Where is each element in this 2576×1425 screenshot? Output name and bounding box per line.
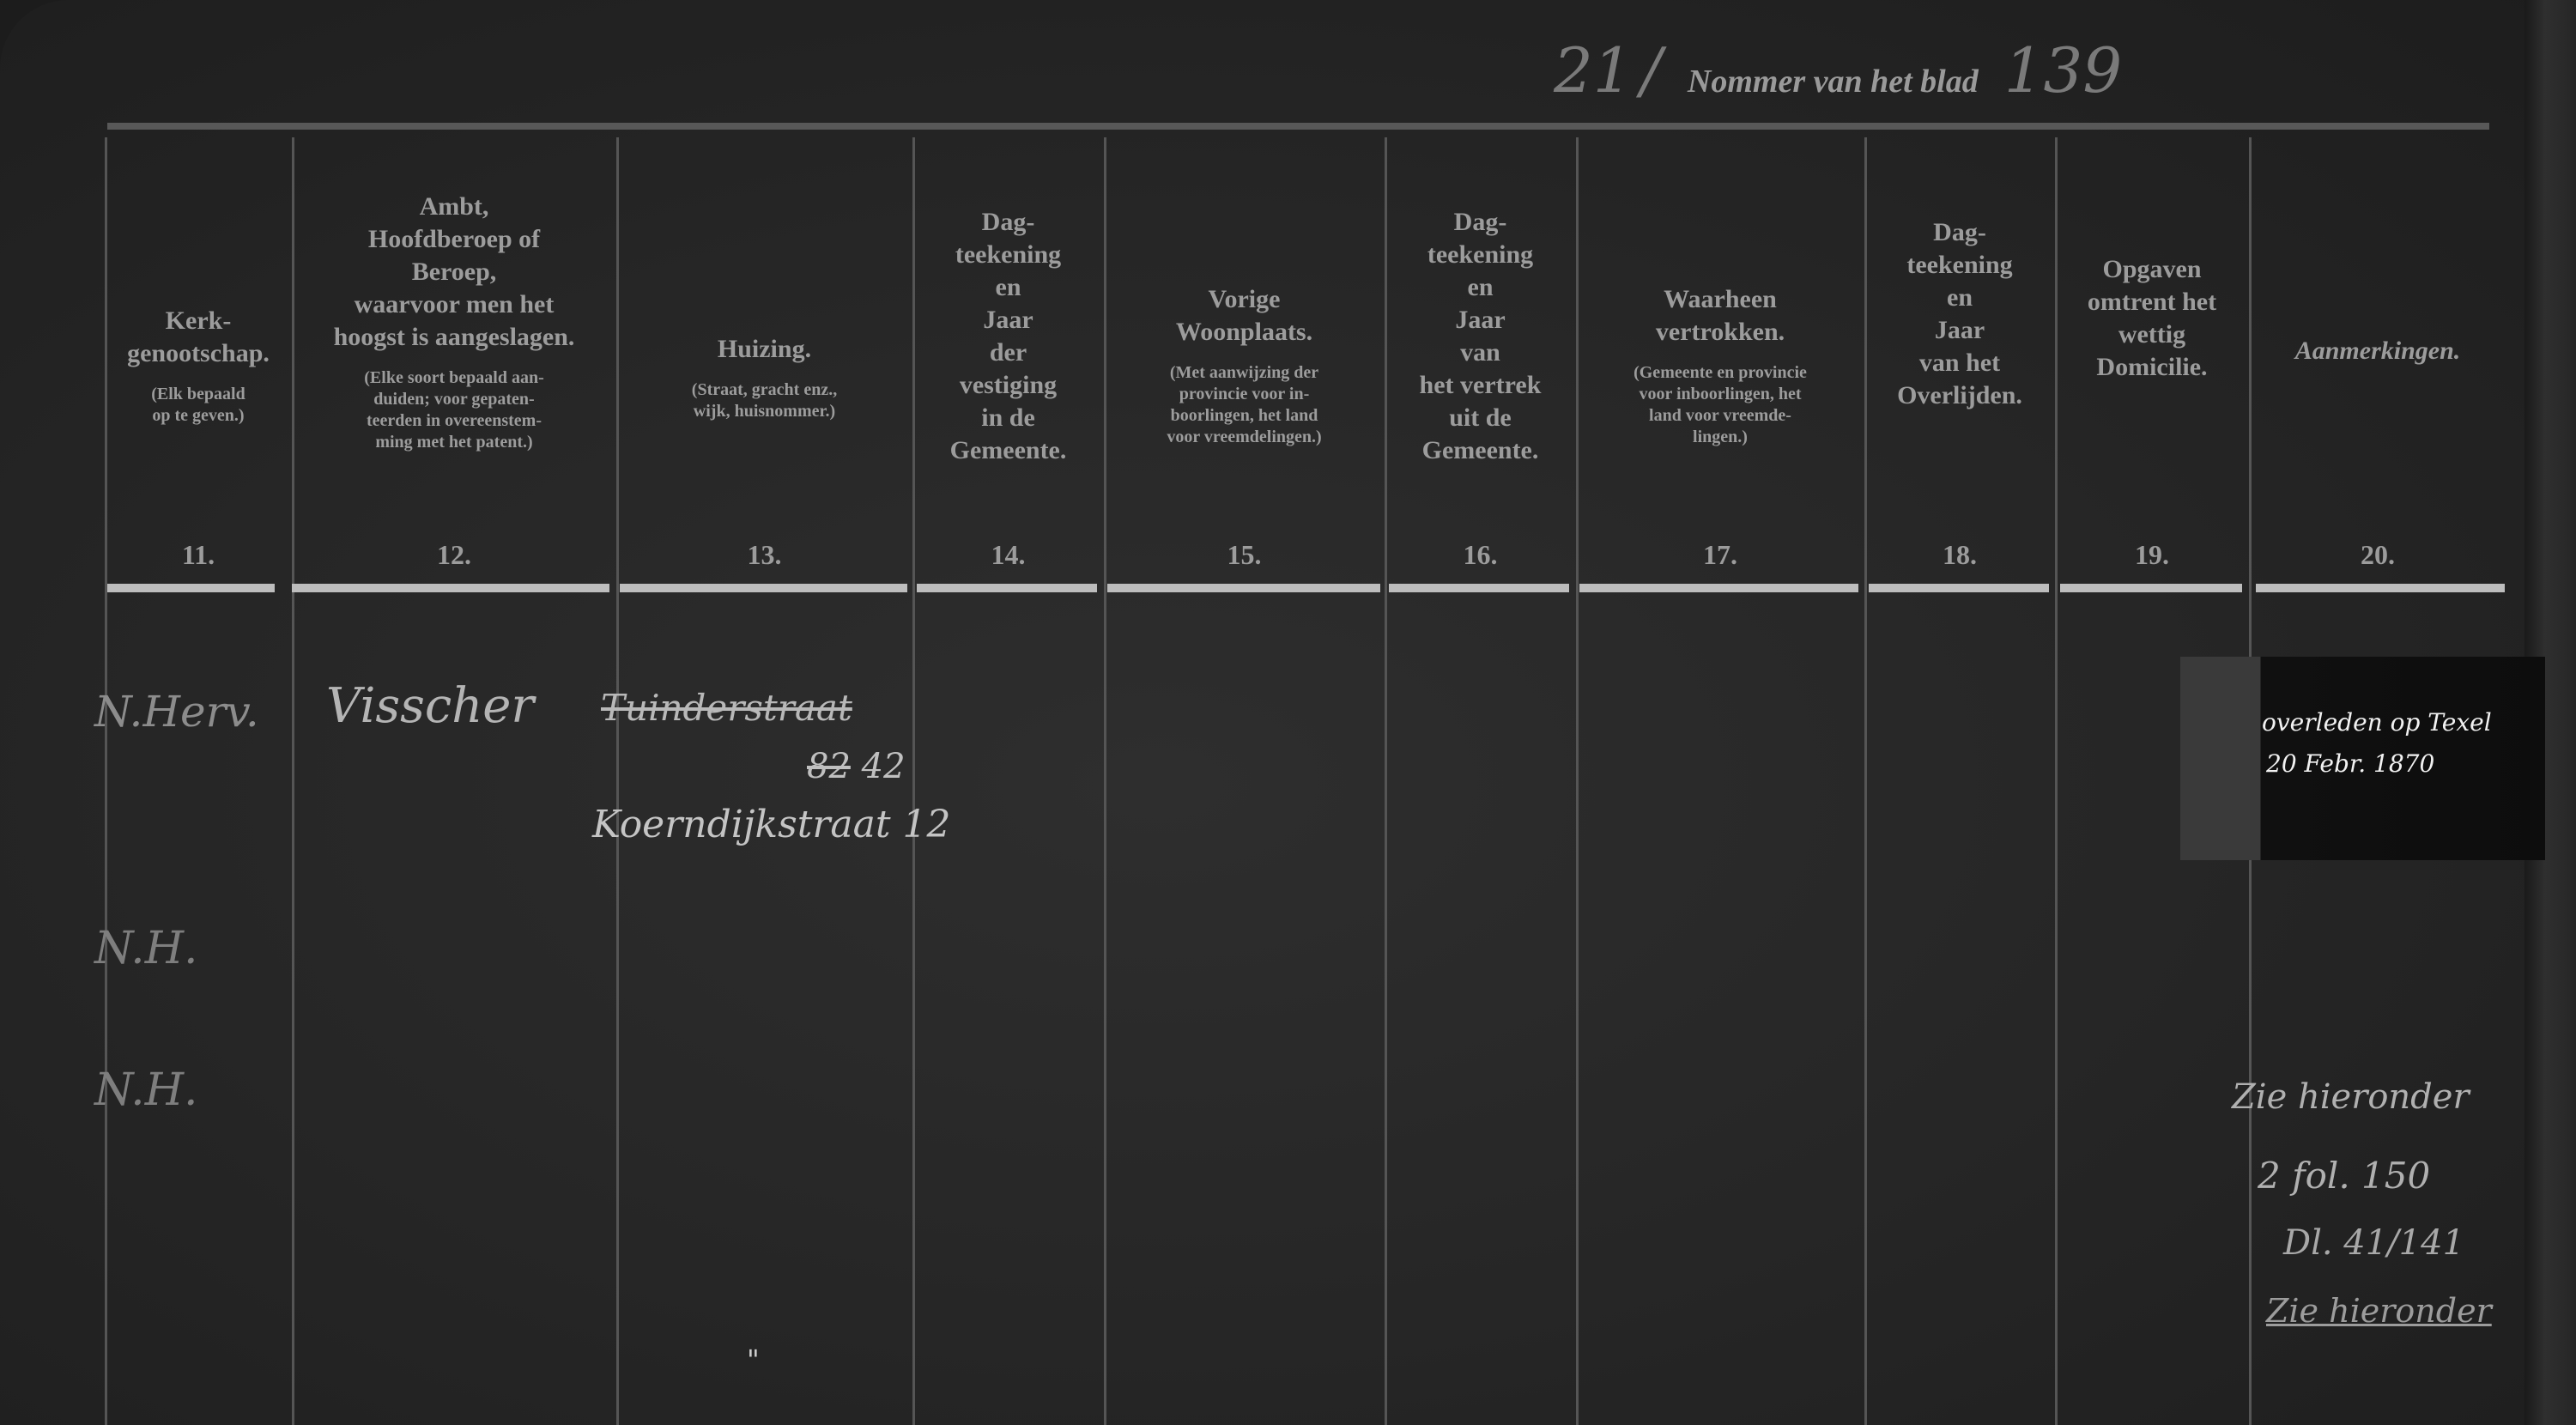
entry-3-aanmerking-line-3: Dl. 41/141: [2283, 1223, 2464, 1263]
header-underline: [2256, 584, 2505, 592]
header-underline: [1869, 584, 2049, 592]
column-subtitle: (Met aanwijzing der provincie voor in- b…: [1104, 362, 1385, 448]
entry-1-aanmerking-line-1: overleden op Texel: [2262, 708, 2492, 737]
column-title: Dag- teekening en Jaar van het vertrek u…: [1385, 206, 1576, 467]
column-number: 20.: [2249, 539, 2506, 571]
sheet-prefix-handwritten: 21: [1554, 34, 1633, 106]
column-14-vestiging: Dag- teekening en Jaar der vestiging in …: [912, 137, 1104, 1425]
entry-1-huizing-number-struck: 82: [807, 747, 851, 786]
column-title: Huizing.: [616, 333, 912, 366]
sheet-slash: /: [1641, 34, 1662, 106]
column-number: 11.: [105, 539, 292, 571]
entry-1-beroep: Visscher: [326, 678, 534, 734]
column-title: Aanmerkingen.: [2249, 335, 2506, 367]
column-title: Opgaven omtrent het wettig Domicilie.: [2055, 253, 2249, 384]
column-number: 15.: [1104, 539, 1385, 571]
column-subtitle: (Gemeente en provincie voor inboorlingen…: [1576, 362, 1864, 448]
entry-1-aanmerking-line-2: 20 Febr. 1870: [2266, 749, 2434, 778]
header-underline: [1389, 584, 1569, 592]
column-number: 17.: [1576, 539, 1864, 571]
entry-2-kerkgenootschap: N.H.: [94, 923, 198, 974]
sheet-number-handwritten: 139: [2004, 34, 2122, 106]
column-title: Ambt, Hoofdberoep of Beroep, waarvoor me…: [292, 191, 616, 354]
entry-3-aanmerking-line-2: 2 fol. 150: [2258, 1155, 2430, 1197]
entry-3-kerkgenootschap: N.H.: [94, 1064, 198, 1116]
entry-1-aanmerkingen-patch: overleden op Texel 20 Febr. 1870: [2180, 657, 2545, 860]
entry-3-aanmerking-line-4: Zie hieronder: [2266, 1292, 2492, 1330]
column-number: 19.: [2055, 539, 2249, 571]
column-title: Waarheen vertrokken.: [1576, 283, 1864, 349]
column-title: Kerk- genootschap.: [105, 305, 292, 370]
column-number: 16.: [1385, 539, 1576, 571]
column-number: 18.: [1864, 539, 2055, 571]
header-underline: [1107, 584, 1380, 592]
entry-1-huizing: Koerndijkstraat 12: [592, 803, 951, 846]
entry-1-huizing-struck: Tuinderstraat: [601, 687, 852, 729]
column-11-kerkgenootschap: Kerk- genootschap. (Elk bepaald op te ge…: [105, 137, 292, 1425]
column-18-overlijden: Dag- teekening en Jaar van het Overlijde…: [1864, 137, 2055, 1425]
sheet-number: 21 / Nommer van het blad 139: [1554, 34, 2122, 106]
header-underline: [2060, 584, 2242, 592]
header-underline: [107, 584, 275, 592]
header-underline: [620, 584, 907, 592]
entry-4-huizing-ditto: ": [747, 1343, 760, 1376]
column-12-beroep: Ambt, Hoofdberoep of Beroep, waarvoor me…: [292, 137, 616, 1425]
entry-1-huizing-number: 82 42: [807, 747, 906, 786]
column-number: 14.: [912, 539, 1104, 571]
header-underline: [1579, 584, 1858, 592]
header-underline: [292, 584, 609, 592]
column-16-vertrek: Dag- teekening en Jaar van het vertrek u…: [1385, 137, 1576, 1425]
column-subtitle: (Elk bepaald op te geven.): [105, 384, 292, 427]
column-subtitle: (Elke soort bepaald aan- duiden; voor ge…: [292, 367, 616, 453]
column-17-waarheen: Waarheen vertrokken. (Gemeente en provin…: [1576, 137, 1864, 1425]
sheet-label: Nommer van het blad: [1688, 64, 1979, 100]
entry-1-kerkgenootschap: N.Herv.: [94, 687, 259, 737]
header-underline: [917, 584, 1097, 592]
entry-1-huizing-number-new: 42: [862, 747, 906, 786]
column-15-vorige-woonplaats: Vorige Woonplaats. (Met aanwijzing der p…: [1104, 137, 1385, 1425]
header-rule: [107, 123, 2489, 130]
column-title: Dag- teekening en Jaar der vestiging in …: [912, 206, 1104, 467]
column-title: Dag- teekening en Jaar van het Overlijde…: [1864, 216, 2055, 412]
entry-3-aanmerking-line-1: Zie hieronder: [2232, 1077, 2470, 1117]
column-title: Vorige Woonplaats.: [1104, 283, 1385, 349]
column-number: 12.: [292, 539, 616, 571]
column-subtitle: (Straat, gracht enz., wijk, huisnommer.): [616, 379, 912, 422]
column-number: 13.: [616, 539, 912, 571]
